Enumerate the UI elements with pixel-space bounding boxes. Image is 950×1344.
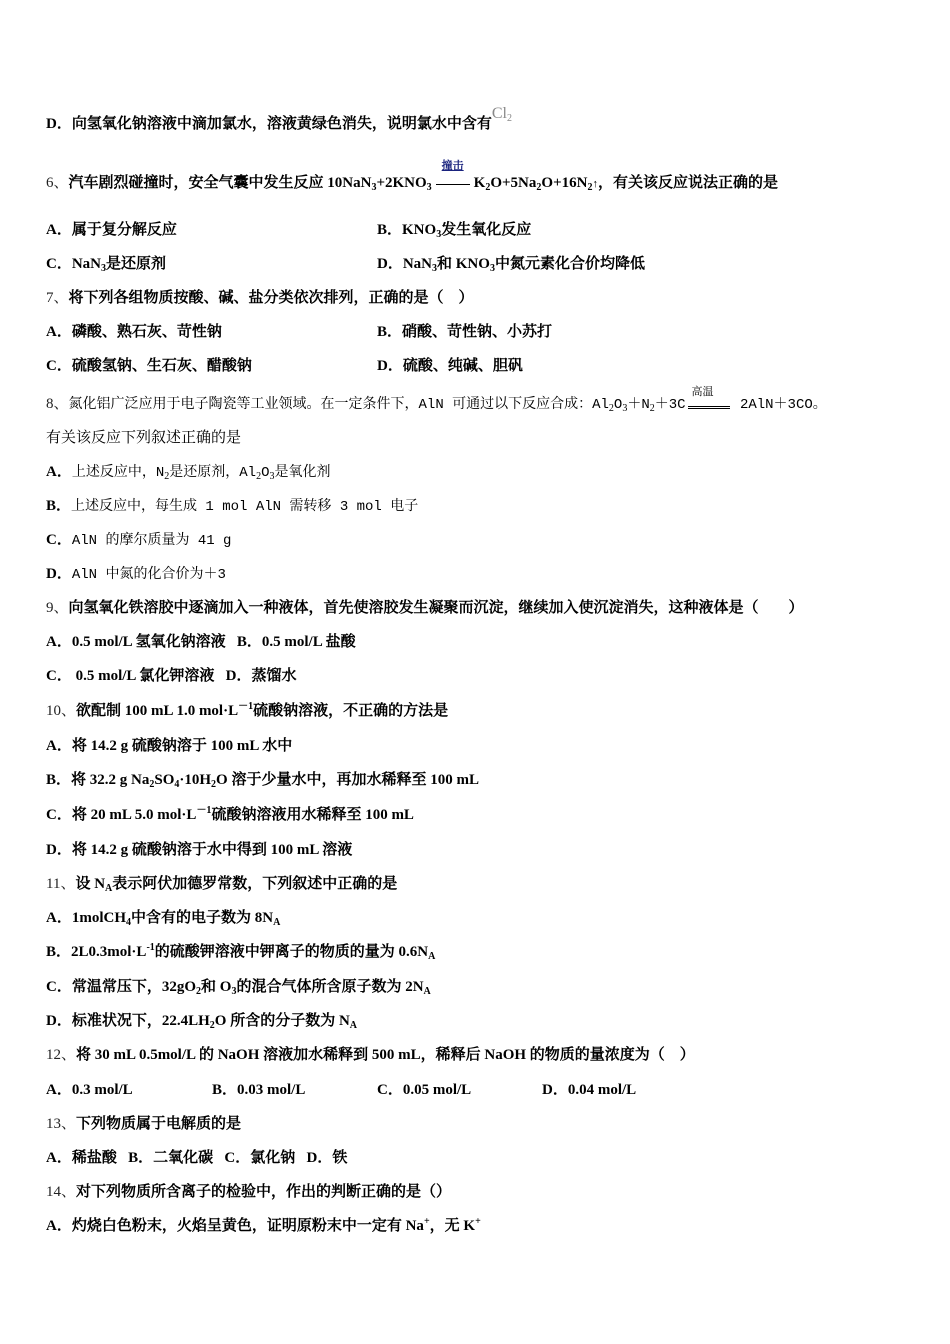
q8-option-c[interactable]: C．AlN 的摩尔质量为 41 g — [46, 530, 231, 551]
question-7-stem: 7、将下列各组物质按酸、碱、盐分类依次排列，正确的是（ ） — [46, 288, 474, 308]
q14-option-a[interactable]: A．灼烧白色粉末，火焰呈黄色，证明原粉末中一定有 Na+，无 K+ — [46, 1216, 481, 1236]
q12-option-a[interactable]: A．0.3 mol/L — [46, 1080, 133, 1100]
q11-option-a[interactable]: A．1molCH4中含有的电子数为 8NA — [46, 908, 280, 928]
q10-option-c[interactable]: C．将 20 mL 5.0 mol·L－1硫酸钠溶液用水稀释至 100 mL — [46, 805, 414, 825]
q7-option-b[interactable]: B．硝酸、苛性钠、小苏打 — [377, 322, 552, 342]
q8-option-b[interactable]: B．上述反应中，每生成 1 mol AlN 需转移 3 mol 电子 — [46, 496, 418, 517]
q13-option-a[interactable]: A．稀盐酸 — [46, 1148, 117, 1168]
q6-option-a[interactable]: A．属于复分解反应 — [46, 220, 177, 240]
q12-option-c[interactable]: C．0.05 mol/L — [377, 1080, 471, 1100]
q12-option-b[interactable]: B．0.03 mol/L — [212, 1080, 305, 1100]
chlorine-formula: Cl2 — [492, 105, 512, 122]
q9-options-cd: C． 0.5 mol/L 氯化钾溶液 D．蒸馏水 — [46, 666, 296, 686]
q7-option-c[interactable]: C．硫酸氢钠、生石灰、醋酸钠 — [46, 356, 252, 376]
question-10-stem: 10、欲配制 100 mL 1.0 mol·L－1硫酸钠溶液，不正确的方法是 — [46, 701, 448, 721]
question-14-stem: 14、对下列物质所含离子的检验中，作出的判断正确的是（） — [46, 1182, 451, 1202]
reaction-condition-arrow: 撞击 — [436, 174, 470, 194]
q6-option-c[interactable]: C．NaN3是还原剂 — [46, 254, 166, 274]
question-12-stem: 12、将 30 mL 0.5mol/L 的 NaOH 溶液加水稀释到 500 m… — [46, 1045, 695, 1065]
q9-option-a[interactable]: A．0.5 mol/L 氢氧化钠溶液 — [46, 632, 226, 652]
question-8-stem: 8、氮化铝广泛应用于电子陶瓷等工业领域。在一定条件下，AlN 可通过以下反应合成… — [46, 392, 827, 415]
q13-options: A．稀盐酸 B．二氧化碳 C．氯化钠 D．铁 — [46, 1148, 347, 1168]
q11-option-d[interactable]: D．标准状况下，22.4LH2O 所含的分子数为 NA — [46, 1011, 357, 1031]
q12-option-d[interactable]: D．0.04 mol/L — [542, 1080, 636, 1100]
question-8-stem-2: 有关该反应下列叙述正确的是 — [46, 428, 241, 448]
question-13-stem: 13、下列物质属于电解质的是 — [46, 1114, 241, 1134]
q9-option-d[interactable]: D．蒸馏水 — [226, 666, 297, 686]
q13-option-d[interactable]: D．铁 — [307, 1148, 348, 1168]
q8-option-d[interactable]: D．AlN 中氮的化合价为＋3 — [46, 564, 226, 585]
q6-option-b[interactable]: B．KNO3发生氧化反应 — [377, 220, 531, 240]
q13-option-b[interactable]: B．二氧化碳 — [128, 1148, 213, 1168]
question-6-stem: 6、汽车剧烈碰撞时，安全气囊中发生反应 10NaN3+2KNO3撞击K2O+5N… — [46, 173, 778, 194]
question-number: 6、 — [46, 175, 69, 191]
q11-option-b[interactable]: B．2L0.3mol·L-1的硫酸钾溶液中钾离子的物质的量为 0.6NA — [46, 942, 435, 962]
q7-option-d[interactable]: D．硫酸、纯碱、胆矾 — [377, 356, 523, 376]
q9-option-b[interactable]: B．0.5 mol/L 盐酸 — [237, 632, 356, 652]
q11-option-c[interactable]: C．常温常压下，32gO2和 O3的混合气体所含原子数为 2NA — [46, 977, 431, 997]
exam-page: D．向氢氧化钠溶液中滴加氯水，溶液黄绿色消失，说明氯水中含有Cl2 6、汽车剧烈… — [0, 0, 950, 1344]
q10-option-b[interactable]: B．将 32.2 g Na2SO4·10H2O 溶于少量水中，再加水稀释至 10… — [46, 770, 479, 790]
q6-option-d[interactable]: D．NaN3和 KNO3中氮元素化合价均降低 — [377, 254, 645, 274]
q9-options-ab: A．0.5 mol/L 氢氧化钠溶液 B．0.5 mol/L 盐酸 — [46, 632, 356, 652]
q13-option-c[interactable]: C．氯化钠 — [224, 1148, 295, 1168]
q10-option-a[interactable]: A．将 14.2 g 硫酸钠溶于 100 mL 水中 — [46, 736, 292, 756]
q7-option-a[interactable]: A．磷酸、熟石灰、苛性钠 — [46, 322, 222, 342]
q8-option-a[interactable]: A．上述反应中，N2是还原剂，Al2O3是氧化剂 — [46, 462, 330, 483]
reaction-condition-high-temp: 高温 — [688, 392, 730, 415]
question-9-stem: 9、向氢氧化铁溶胶中逐滴加入一种液体，首先使溶胶发生凝聚而沉淀，继续加入使沉淀消… — [46, 598, 804, 618]
q9-option-c[interactable]: C． 0.5 mol/L 氯化钾溶液 — [46, 666, 214, 686]
question-11-stem: 11、设 NA表示阿伏加德罗常数，下列叙述中正确的是 — [46, 874, 397, 894]
q5-option-d: D．向氢氧化钠溶液中滴加氯水，溶液黄绿色消失，说明氯水中含有Cl2 — [46, 114, 512, 134]
option-letter: D． — [46, 116, 72, 132]
q10-option-d[interactable]: D．将 14.2 g 硫酸钠溶于水中得到 100 mL 溶液 — [46, 840, 352, 860]
